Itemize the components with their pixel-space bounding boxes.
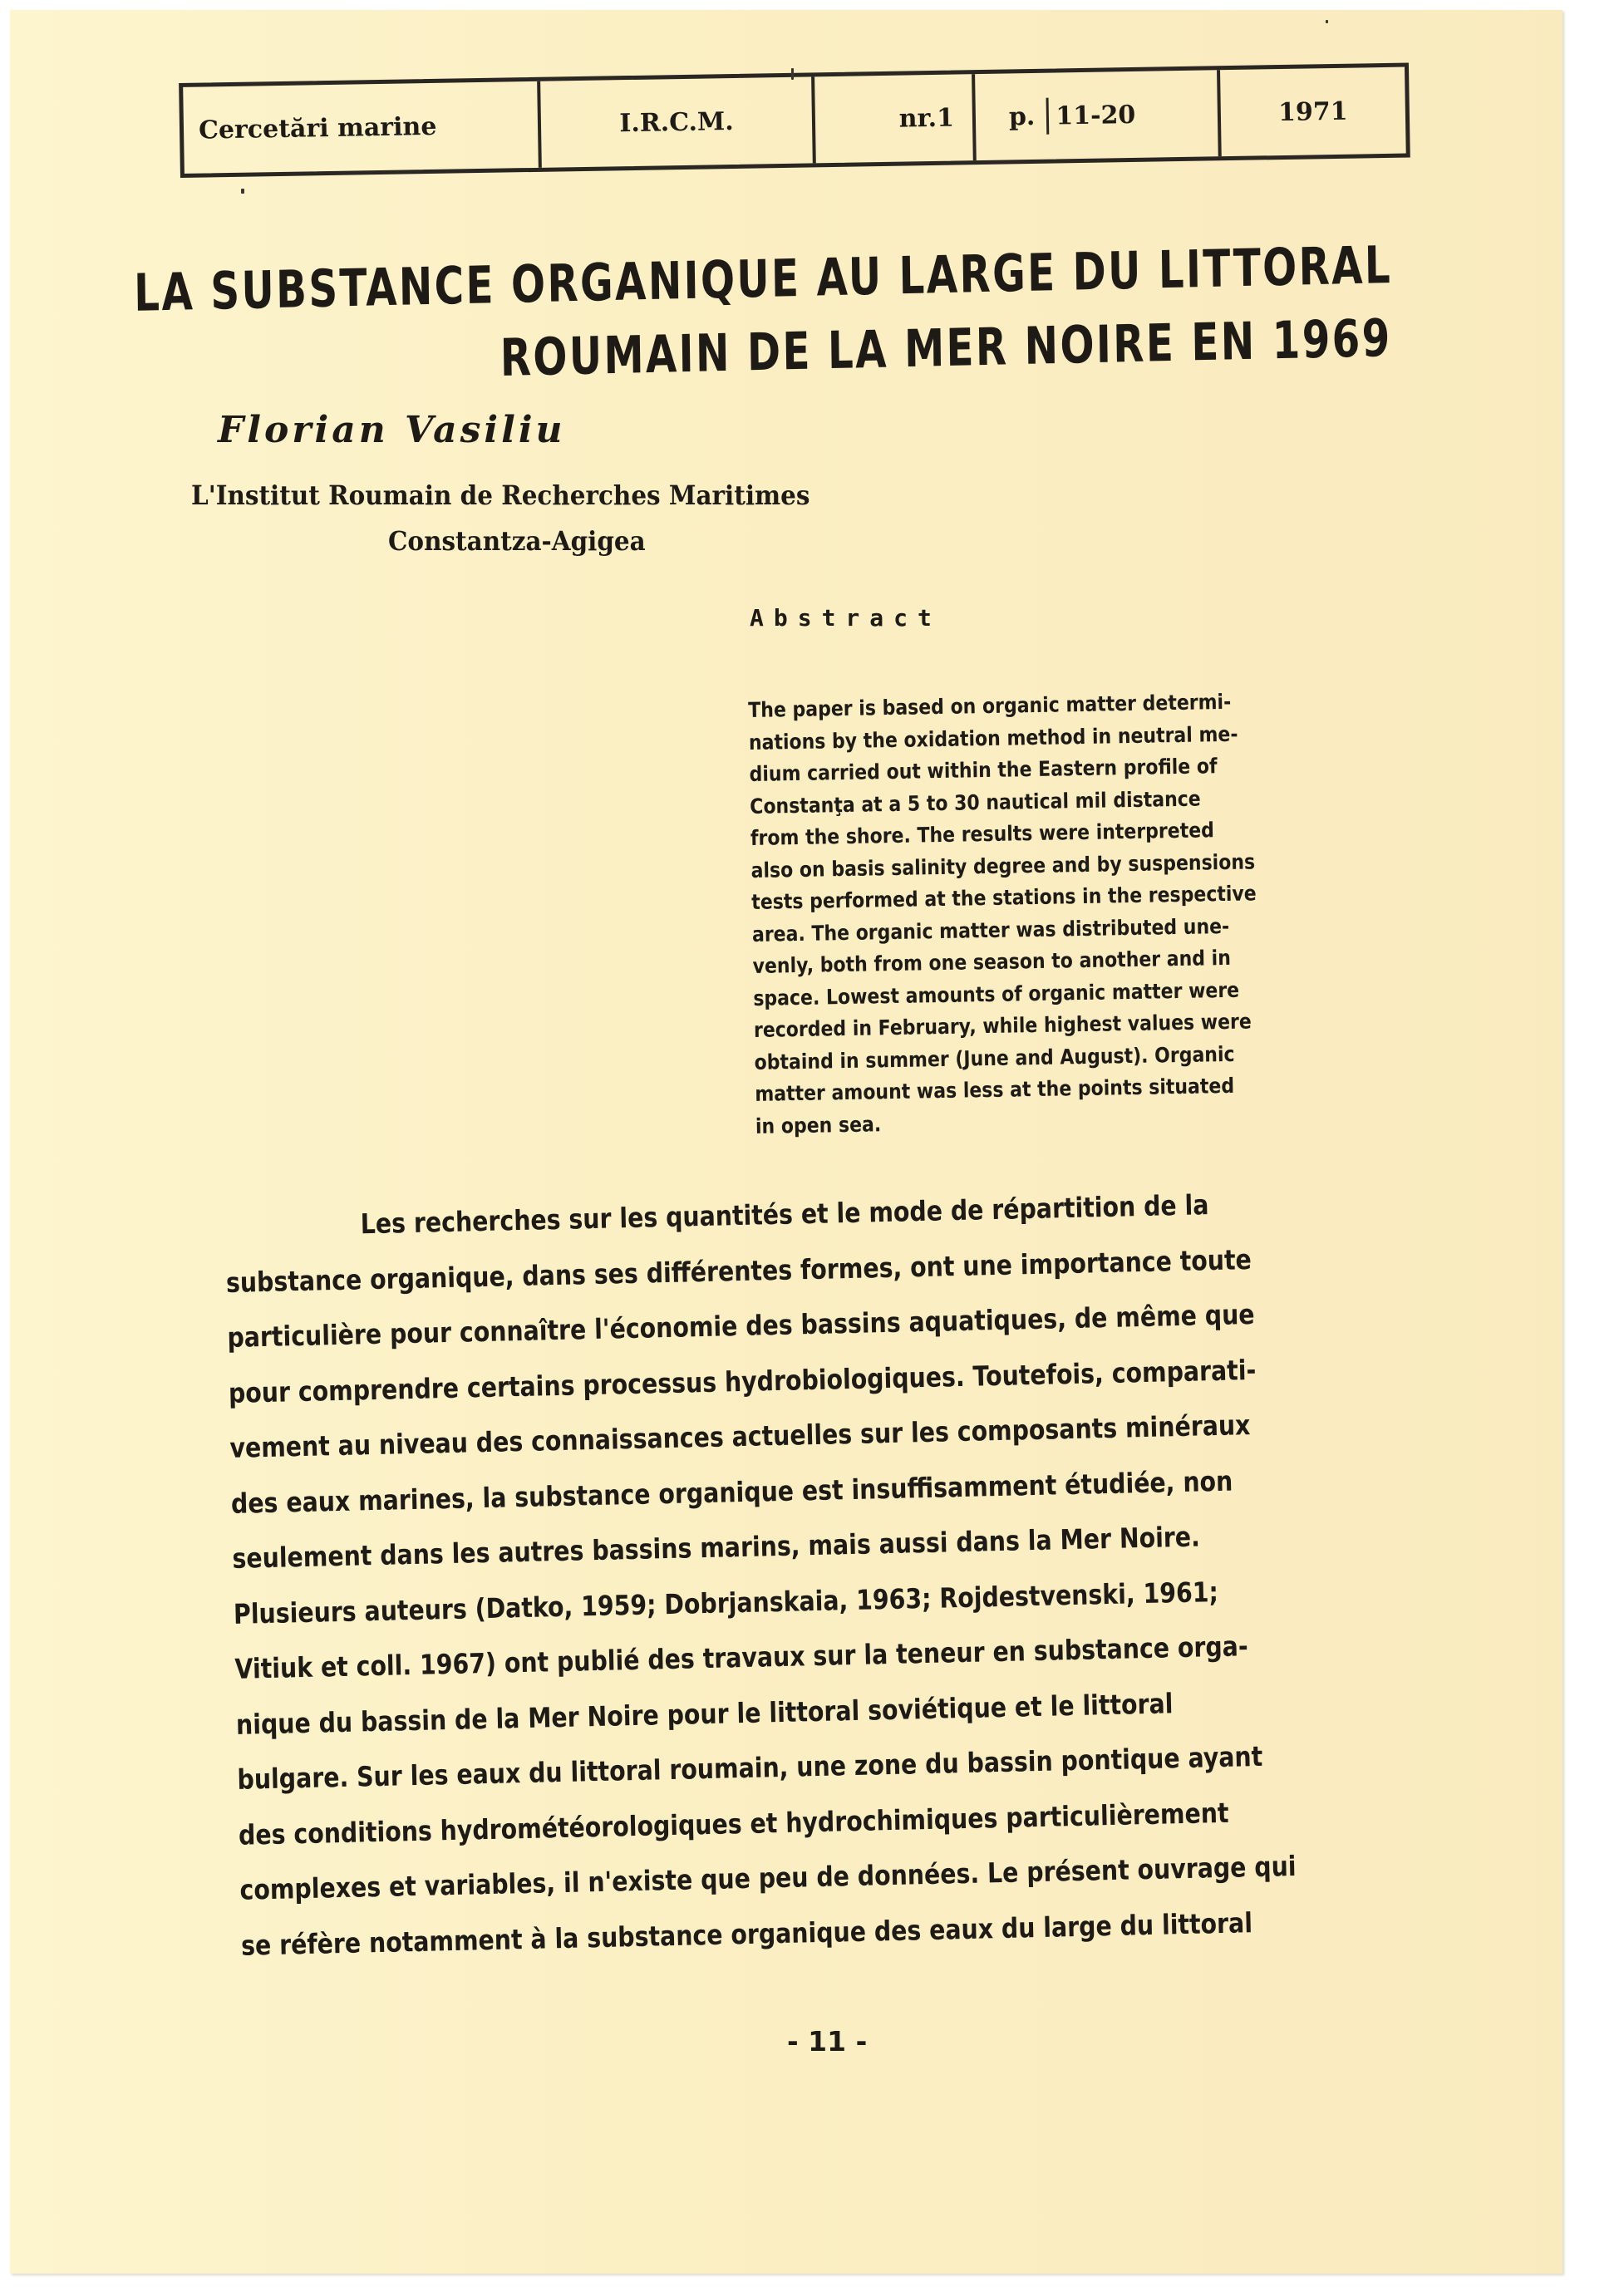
scanned-page: Cercetări marine I.R.C.M. nr.1 p. 11-20 … bbox=[10, 10, 1562, 2274]
scan-speck bbox=[791, 68, 794, 80]
page-range-value: 11-20 bbox=[1056, 100, 1136, 130]
paper-title-line-1: LA SUBSTANCE ORGANIQUE AU LARGE DU LITTO… bbox=[134, 234, 1393, 323]
affiliation-line-2: Constantza-Agigea bbox=[388, 525, 646, 557]
page-number: - 11 - bbox=[787, 2025, 867, 2058]
author-name: Florian Vasiliu bbox=[218, 409, 566, 451]
abstract-text: The paper is based on organic matter det… bbox=[748, 686, 1420, 1146]
institute-abbrev: I.R.C.M. bbox=[540, 76, 816, 167]
body-text: Les recherches sur les quantités et le m… bbox=[224, 1182, 1489, 1984]
abstract-heading: Abstract bbox=[750, 604, 942, 632]
paper-title-line-2: ROUMAIN DE LA MER NOIRE EN 1969 bbox=[500, 307, 1393, 388]
journal-name: Cercetări marine bbox=[183, 81, 542, 174]
issue-number: nr.1 bbox=[814, 74, 977, 163]
scan-speck bbox=[1326, 20, 1328, 23]
journal-header-box: Cercetări marine I.R.C.M. nr.1 p. 11-20 … bbox=[179, 62, 1410, 178]
page-range-prefix: p. bbox=[1009, 101, 1036, 131]
page-range: p. 11-20 bbox=[975, 70, 1222, 160]
divider bbox=[1046, 98, 1050, 135]
affiliation-line-1: L'Institut Roumain de Recherches Maritim… bbox=[191, 479, 809, 511]
scan-speck bbox=[241, 189, 244, 194]
publication-year: 1971 bbox=[1220, 67, 1406, 157]
